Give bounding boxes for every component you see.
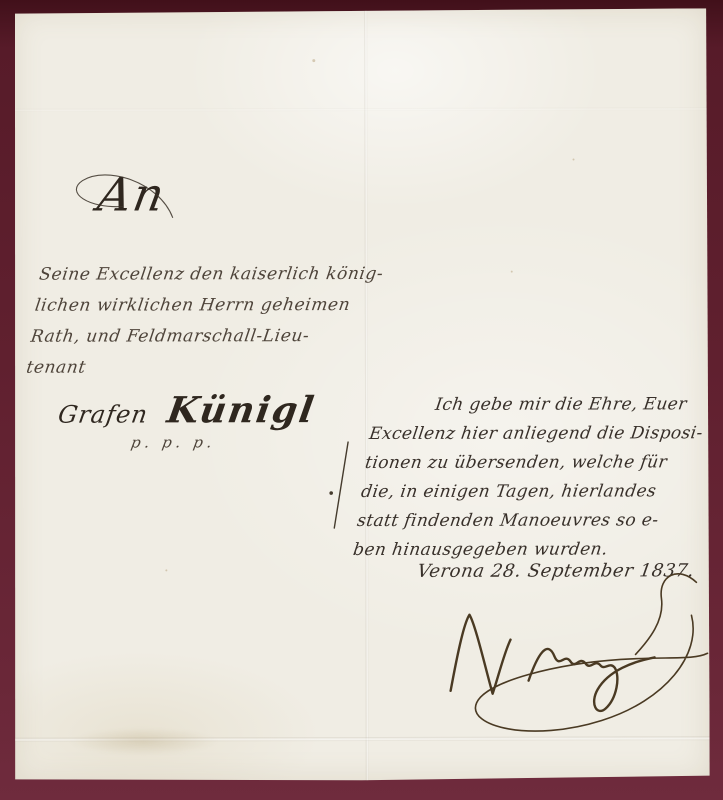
signature-radetzky-scrawl <box>529 649 655 711</box>
address-line-4: tenant <box>24 352 372 384</box>
dateline: Verona 28. September 1837. <box>416 560 696 582</box>
address-block: Seine Excellenz den kaiserlich könig- li… <box>24 259 385 384</box>
signature-entry-curl <box>635 574 696 655</box>
address-line-3: Rath, und Feldmarschall-Lieu- <box>29 321 377 353</box>
ink-bleed-stain <box>69 727 219 755</box>
paper-speck <box>312 59 315 62</box>
signature-zigzag <box>450 615 510 694</box>
addressee-title: Grafen <box>56 400 150 428</box>
signature-loop-flourish <box>475 615 707 731</box>
body-line-4: die, in einigen Tagen, hierlandes <box>359 477 696 507</box>
body-line-5: statt findenden Manoeuvres so e- <box>355 506 692 536</box>
etc-abbreviation: p. p. p. <box>130 433 218 451</box>
addressee-line: Grafen Künigl <box>56 389 319 432</box>
address-line-2: lichen wirklichen Herrn geheimen <box>33 290 381 322</box>
address-line-1: Seine Excellenz den kaiserlich könig- <box>37 259 385 291</box>
photo-mat-background: An Seine Excellenz den kaiserlich könig-… <box>0 0 723 800</box>
paper-speck <box>165 569 167 571</box>
letter-body: Ich gebe mir die Ehre, Euer Excellenz hi… <box>351 390 708 565</box>
vertical-fold-crease <box>364 9 369 781</box>
ink-dot <box>329 491 333 495</box>
body-line-1: Ich gebe mir die Ehre, Euer <box>371 390 708 420</box>
paper-speck <box>511 271 513 273</box>
letter-paper: An Seine Excellenz den kaiserlich könig-… <box>12 8 710 781</box>
paper-speck <box>573 159 575 161</box>
horizontal-fold-crease-top <box>12 107 708 111</box>
salutation-an: An <box>94 167 170 221</box>
body-line-3: tionen zu übersenden, welche für <box>363 448 700 478</box>
ink-stroke-mark <box>334 442 348 528</box>
addressee-name: Künigl <box>164 389 318 431</box>
body-line-2: Excellenz hier anliegend die Disposi- <box>367 419 704 449</box>
